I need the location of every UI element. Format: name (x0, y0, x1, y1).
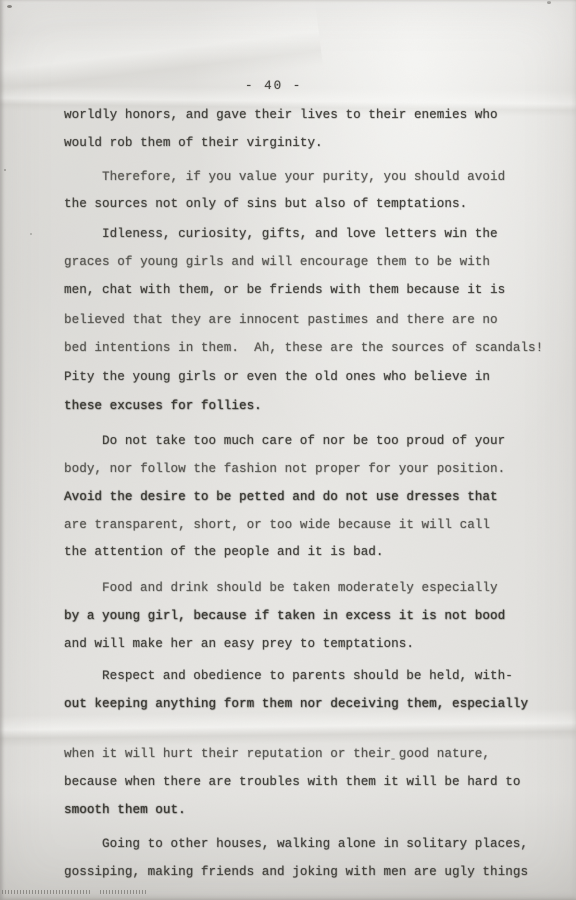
scan-speck (30, 233, 32, 235)
footer-microtext-mark (2, 890, 90, 894)
typewritten-line: Avoid the desire to be petted and do not… (64, 490, 498, 505)
typewritten-line: out keeping anything form them nor decei… (64, 697, 528, 712)
typewritten-line: when it will hurt their reputation or th… (64, 747, 490, 762)
typewritten-line: Respect and obedience to parents should … (102, 669, 513, 684)
typewritten-line: smooth them out. (64, 803, 186, 818)
typewritten-line: Food and drink should be taken moderatel… (102, 581, 498, 596)
typewritten-line: Going to other houses, walking alone in … (102, 837, 528, 852)
typewritten-line: Do not take too much care of nor be too … (102, 434, 505, 449)
page-number: - 40 - (245, 79, 302, 93)
typewritten-line: graces of young girls and will encourage… (64, 255, 490, 270)
typewritten-line: body, nor follow the fashion not proper … (64, 462, 505, 477)
typewritten-line: these excuses for follies. (64, 399, 262, 414)
typewritten-line: the attention of the people and it is ba… (64, 545, 384, 560)
paper-fold-top (0, 0, 323, 110)
typewritten-line: because when there are troubles with the… (64, 775, 520, 790)
typewritten-line: would rob them of their virginity. (64, 136, 323, 151)
typewritten-line: men, chat with them, or be friends with … (64, 283, 505, 298)
typewritten-line: believed that they are innocent pastimes… (64, 313, 498, 328)
typewritten-line: by a young girl, because if taken in exc… (64, 609, 505, 624)
typewritten-line: bed intentions in them. Ah, these are th… (64, 341, 543, 356)
typewritten-line: worldly honors, and gave their lives to … (64, 108, 498, 123)
paper-grain-texture (0, 0, 576, 900)
paper-crease-middle (0, 708, 576, 748)
typewritten-line: Idleness, curiosity, gifts, and love let… (102, 227, 498, 242)
typewritten-line: the sources not only of sins but also of… (64, 197, 467, 212)
scan-speck (7, 5, 12, 8)
typewritten-line: Pity the young girls or even the old one… (64, 370, 490, 385)
typewritten-line: are transparent, short, or too wide beca… (64, 518, 490, 533)
scanned-typewritten-page: - 40 - worldly honors, and gave their li… (0, 0, 576, 900)
typewritten-line: gossiping, making friends and joking wit… (64, 865, 528, 880)
scan-speck (4, 169, 6, 171)
scan-speck (547, 1, 551, 4)
typewritten-line: and will make her an easy prey to tempta… (64, 637, 414, 652)
footer-microtext-mark (100, 890, 148, 894)
typewritten-line: Therefore, if you value your purity, you… (102, 170, 505, 185)
